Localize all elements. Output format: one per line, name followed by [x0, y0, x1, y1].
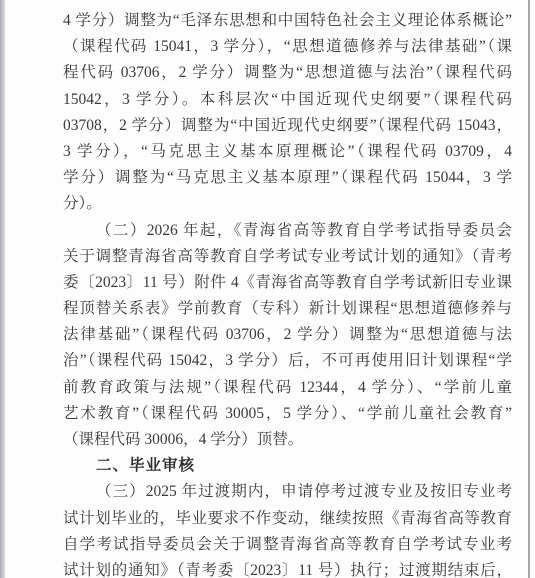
text-line: 试计划的通知》（青考委〔2023〕11 号）执行；过渡期结束后， [63, 558, 512, 578]
text-line: （课程代码 30006，4 学分）顶替。 [63, 427, 512, 453]
text-line: 3 学分），“马克思主义基本原理概论”（课程代码 03709，4 [63, 139, 512, 165]
text-line: 委〔2023〕11 号）附件 4《青海省高等教育自学考试新旧专业课 [63, 270, 512, 296]
text-line: 程顶替关系表》学前教育（专科）新计划课程“思想道德修养与 [63, 296, 512, 322]
text-line: 试计划毕业的，毕业要求不作变动，继续按照《青海省高等教育 [63, 506, 512, 532]
text-line: （三）2025 年过渡期内，申请停考过渡专业及按旧专业考 [63, 479, 512, 505]
section-heading: 二、毕业审核 [63, 453, 512, 479]
text-line: （二）2026 年起，《青海省高等教育自学考试指导委员会 [63, 218, 512, 244]
text-line: 03708，2 学分）调整为“中国近现代史纲要”（课程代码 15043， [63, 113, 512, 139]
text-line: 法律基础”（课程代码 03706，2 学分）调整为“思想道德与法 [63, 322, 512, 348]
text-line: 15042，3 学分）。本科层次“中国近现代史纲要”（课程代码 [63, 87, 512, 113]
text-line: 程代码 03706，2 学分）调整为“思想道德与法治”（课程代码 [63, 60, 512, 86]
document-body: 4 学分）调整为“毛泽东思想和中国特色社会主义理论体系概论”（课程代码 1504… [63, 8, 512, 578]
text-line: 艺术教育”（课程代码 30005，5 学分）、“学前儿童社会教育” [63, 401, 512, 427]
text-line: 前教育政策与法规”（课程代码 12344，4 学分）、“学前儿童 [63, 375, 512, 401]
text-line: 4 学分）调整为“毛泽东思想和中国特色社会主义理论体系概论” [63, 8, 512, 34]
scanned-document-page: 4 学分）调整为“毛泽东思想和中国特色社会主义理论体系概论”（课程代码 1504… [0, 0, 535, 578]
text-line: 学分）调整为“马克思主义基本原理”（课程代码 15044，3 学 [63, 165, 512, 191]
text-line: 关于调整青海省高等教育自学考试专业考试计划的通知》（青考 [63, 244, 512, 270]
text-line: 治”（课程代码 15042，3 学分）后，不可再使用旧计划课程“学 [63, 348, 512, 374]
text-line: 自学考试指导委员会关于调整青海省高等教育自学考试专业考 [63, 532, 512, 558]
scan-edge-left-artifact [0, 0, 5, 578]
text-line: 分）。 [63, 191, 512, 217]
text-line: （课程代码 15041，3 学分），“思想道德修养与法律基础”（课 [63, 34, 512, 60]
scan-edge-right-artifact [528, 0, 530, 578]
